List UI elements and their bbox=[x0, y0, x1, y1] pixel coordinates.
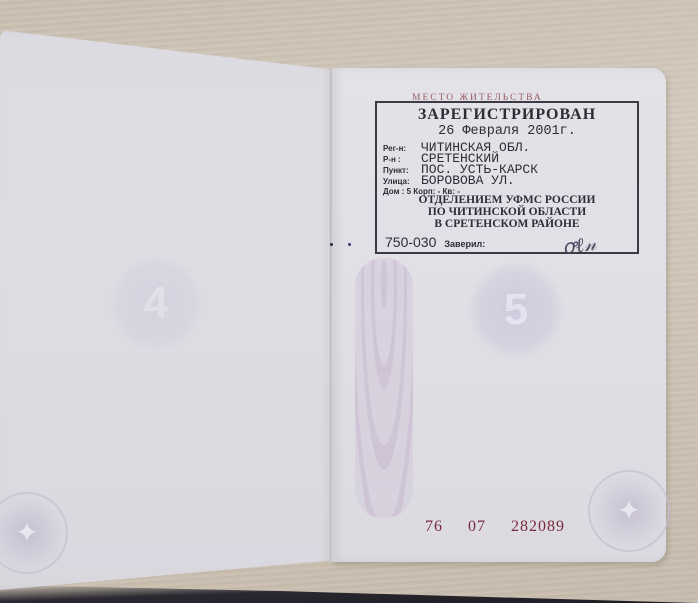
serial-number: 282089 bbox=[511, 518, 565, 536]
serial-series-a: 76 bbox=[425, 518, 443, 536]
ornament-emblem-right-icon: ✦ bbox=[588, 470, 670, 552]
ink-dot bbox=[330, 243, 333, 246]
guilloche-ornament-strip bbox=[355, 258, 413, 518]
department-code: 750-030 bbox=[385, 234, 436, 250]
authority-line: В СРЕТЕНСКОМ РАЙОНЕ bbox=[377, 218, 637, 230]
stamp-footer: 750-030Заверил: bbox=[385, 234, 485, 250]
issuing-authority: ОТДЕЛЕНИЕМ УФМС РОССИИ ПО ЧИТИНСКОЙ ОБЛА… bbox=[377, 194, 637, 230]
registration-stamp: ЗАРЕГИСТРИРОВАН 26 Февраля 2001г. Рег-н:… bbox=[375, 101, 639, 254]
page-number-watermark-right: 5 bbox=[468, 262, 564, 358]
registration-date: 26 Февраля 2001г. bbox=[377, 124, 637, 139]
page-number-watermark-left: 4 bbox=[108, 255, 204, 351]
passport-binding-seam bbox=[330, 68, 333, 562]
ink-dot bbox=[348, 243, 351, 246]
stamp-title: ЗАРЕГИСТРИРОВАН bbox=[377, 106, 637, 124]
authority-line: ПО ЧИТИНСКОЙ ОБЛАСТИ bbox=[377, 206, 637, 218]
certified-label: Заверил: bbox=[444, 239, 485, 249]
authority-line: ОТДЕЛЕНИЕМ УФМС РОССИИ bbox=[377, 194, 637, 206]
serial-series-b: 07 bbox=[468, 518, 486, 536]
signature: ꝍℓ𝓃 bbox=[560, 229, 598, 260]
